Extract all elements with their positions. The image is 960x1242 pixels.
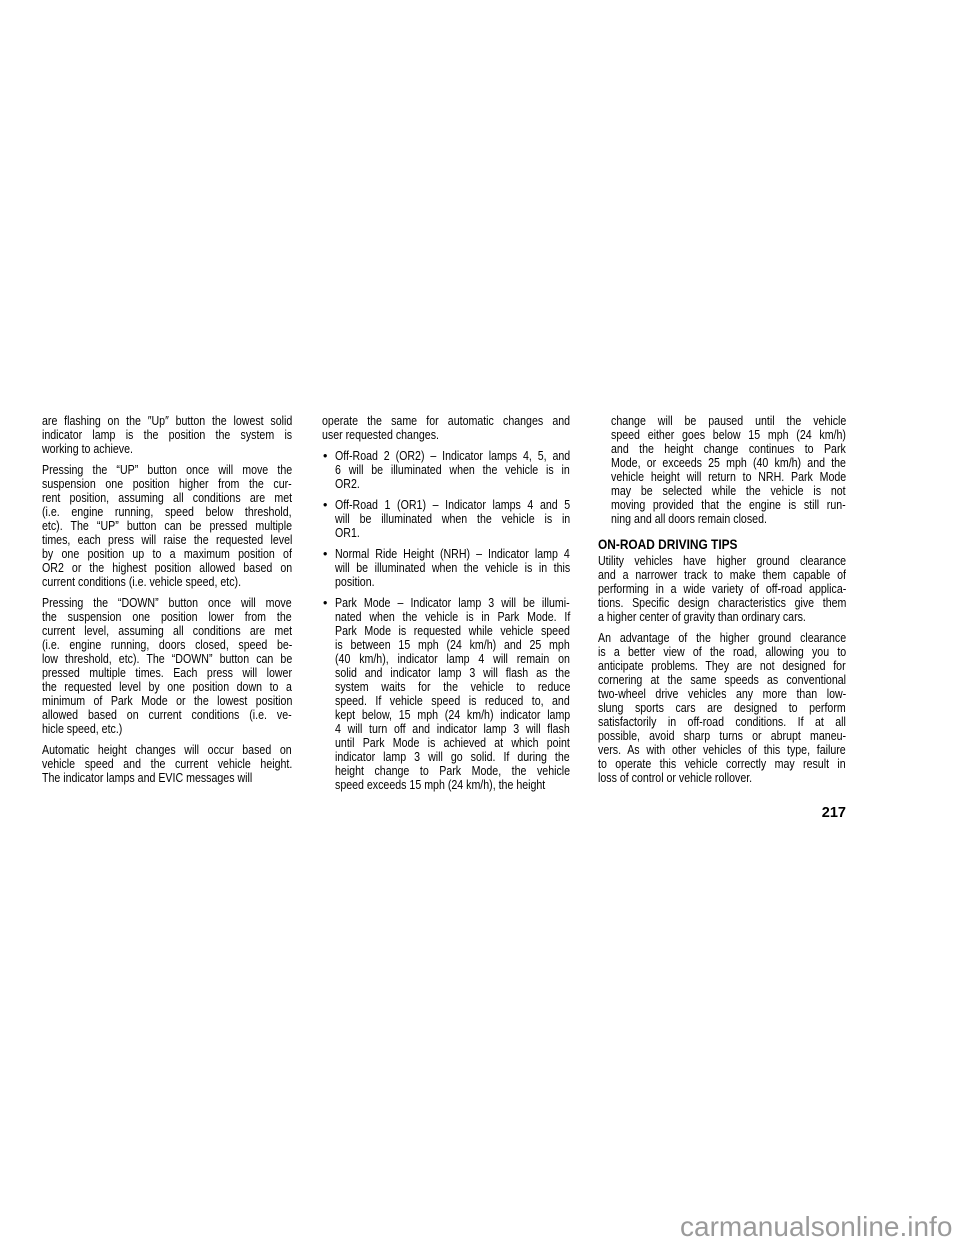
text-column-right: change will be paused until the vehicles… xyxy=(598,414,846,792)
text-line-content: minimum of Park Mode or the lowest posit… xyxy=(42,694,292,708)
text-line: will be illuminated when the vehicle is … xyxy=(335,512,570,526)
text-line: indicator lamp is the position the syste… xyxy=(42,428,292,442)
text-line: rent position, assuming all conditions a… xyxy=(42,491,292,505)
text-line-content: pressed multiple times. Each press will … xyxy=(42,666,292,680)
text-line-content: cornering at the same speeds as conventi… xyxy=(598,673,846,687)
text-line: speed. If vehicle speed is reduced to, a… xyxy=(335,694,570,708)
paragraph: Pressing the “UP” button once will move … xyxy=(42,463,292,589)
text-line: OR2 or the highest position allowed base… xyxy=(42,561,292,575)
text-line-content: Off-Road 2 (OR2) – Indicator lamps 4, 5,… xyxy=(335,449,570,463)
text-line-content: a higher center of gravity than ordinary… xyxy=(598,610,806,624)
section-heading-text: ON-ROAD DRIVING TIPS xyxy=(598,536,738,552)
text-line-content: the suspension one position lower from t… xyxy=(42,610,292,624)
text-line: working to achieve. xyxy=(42,442,292,456)
text-line-content: indicator lamp is the position the syste… xyxy=(42,428,292,442)
text-line-content: Off-Road 1 (OR1) – Indicator lamps 4 and… xyxy=(335,498,570,512)
text-line-content: hicle speed, etc.) xyxy=(42,722,122,736)
text-line-content: system waits for the vehicle to reduce xyxy=(335,680,570,694)
text-line: loss of control or vehicle rollover. xyxy=(598,771,846,785)
text-line: until Park Mode is achieved at which poi… xyxy=(335,736,570,750)
text-line-content: Park Mode is requested while vehicle spe… xyxy=(335,624,570,638)
text-line: operate the same for automatic changes a… xyxy=(322,414,570,428)
text-line-content: possible, avoid sharp turns or abrupt ma… xyxy=(598,729,846,743)
text-line: possible, avoid sharp turns or abrupt ma… xyxy=(598,729,846,743)
text-line-content: speed. If vehicle speed is reduced to, a… xyxy=(335,694,570,708)
text-line-content: solid and indicator lamp 3 will flash as… xyxy=(335,666,570,680)
text-line-content: working to achieve. xyxy=(42,442,133,456)
paragraph: Pressing the “DOWN” button once will mov… xyxy=(42,596,292,736)
text-line-content: OR2. xyxy=(335,477,360,491)
text-line-content: The indicator lamps and EVIC messages wi… xyxy=(42,771,252,785)
text-line: nated when the vehicle is in Park Mode. … xyxy=(335,610,570,624)
text-line-content: allowed based on current conditions (i.e… xyxy=(42,708,292,722)
text-line-content: speed either goes below 15 mph (24 km/h) xyxy=(611,428,846,442)
text-line: current conditions (i.e. vehicle speed, … xyxy=(42,575,292,589)
text-line: two-wheel drive vehicles any more than l… xyxy=(598,687,846,701)
watermark-text: carmanualsonline.info xyxy=(680,1213,952,1241)
text-line: OR2. xyxy=(335,477,570,491)
text-line-content: suspension one position higher from the … xyxy=(42,477,292,491)
text-line-content: 4 will turn off and indicator lamp 3 wil… xyxy=(335,722,570,736)
text-line-content: tions. Specific design characteristics g… xyxy=(598,596,846,610)
text-line-content: current conditions (i.e. vehicle speed, … xyxy=(42,575,241,589)
bullet-icon: • xyxy=(323,596,327,610)
paragraph: Automatic height changes will occur base… xyxy=(42,743,292,785)
text-line: solid and indicator lamp 3 will flash as… xyxy=(335,666,570,680)
text-line-content: will be illuminated when the vehicle is … xyxy=(335,561,570,575)
text-line-content: Park Mode – Indicator lamp 3 will be ill… xyxy=(335,596,570,610)
text-line: tions. Specific design characteristics g… xyxy=(598,596,846,610)
text-line: will be illuminated when the vehicle is … xyxy=(335,561,570,575)
text-line-content: OR1. xyxy=(335,526,360,540)
bullet-item: •Park Mode – Indicator lamp 3 will be il… xyxy=(322,596,570,792)
bullet-item: •Off-Road 2 (OR2) – Indicator lamps 4, 5… xyxy=(322,449,570,491)
text-line-content: user requested changes. xyxy=(322,428,439,442)
text-line-content: is a better view of the road, allowing y… xyxy=(598,645,846,659)
text-line-content: Pressing the “DOWN” button once will mov… xyxy=(42,596,292,610)
text-line: moving provided that the engine is still… xyxy=(611,498,846,512)
text-line-content: (i.e. engine running, doors closed, spee… xyxy=(42,638,292,652)
text-line: are flashing on the ″Up″ button the lowe… xyxy=(42,414,292,428)
bullet-item: •Normal Ride Height (NRH) – Indicator la… xyxy=(322,547,570,589)
text-line: to operate this vehicle correctly may re… xyxy=(598,757,846,771)
manual-page: { "page": { "number": "217", "watermark"… xyxy=(0,0,960,1242)
text-line-content: position. xyxy=(335,575,375,589)
text-line-content: and the height change continues to Park xyxy=(611,442,846,456)
text-line: Pressing the “DOWN” button once will mov… xyxy=(42,596,292,610)
text-line: Park Mode – Indicator lamp 3 will be ill… xyxy=(335,596,570,610)
paragraph: are flashing on the ″Up″ button the lowe… xyxy=(42,414,292,456)
text-line: and a narrower track to make them capabl… xyxy=(598,568,846,582)
text-line: cornering at the same speeds as conventi… xyxy=(598,673,846,687)
text-line: indicator lamp 3 will go solid. If durin… xyxy=(335,750,570,764)
text-line: Normal Ride Height (NRH) – Indicator lam… xyxy=(335,547,570,561)
text-line: change will be paused until the vehicle xyxy=(611,414,846,428)
text-line: the suspension one position lower from t… xyxy=(42,610,292,624)
text-line: vers. As with other vehicles of this typ… xyxy=(598,743,846,757)
text-line-content: change will be paused until the vehicle xyxy=(611,414,846,428)
text-line-content: etc). The “UP” button can be pressed mul… xyxy=(42,519,292,533)
text-line: height change to Park Mode, the vehicle xyxy=(335,764,570,778)
paragraph: Utility vehicles have higher ground clea… xyxy=(598,554,846,624)
text-line: by one position up to a maximum position… xyxy=(42,547,292,561)
text-line: ning and all doors remain closed. xyxy=(611,512,846,526)
paragraph: An advantage of the higher ground cleara… xyxy=(598,631,846,785)
text-line: Off-Road 2 (OR2) – Indicator lamps 4, 5,… xyxy=(335,449,570,463)
text-line: Automatic height changes will occur base… xyxy=(42,743,292,757)
text-line: kept below, 15 mph (24 km/h) indicator l… xyxy=(335,708,570,722)
text-line-content: vers. As with other vehicles of this typ… xyxy=(598,743,846,757)
text-column-left: are flashing on the ″Up″ button the lowe… xyxy=(42,414,292,792)
text-line: performing in a wide variety of off-road… xyxy=(598,582,846,596)
bullet-icon: • xyxy=(323,498,327,512)
text-line: speed either goes below 15 mph (24 km/h) xyxy=(611,428,846,442)
text-line-content: times, each press will raise the request… xyxy=(42,533,292,547)
text-line: An advantage of the higher ground cleara… xyxy=(598,631,846,645)
text-line: is a better view of the road, allowing y… xyxy=(598,645,846,659)
text-line: (40 km/h), indicator lamp 4 will remain … xyxy=(335,652,570,666)
text-line-content: speed exceeds 15 mph (24 km/h), the heig… xyxy=(335,778,545,792)
text-line: pressed multiple times. Each press will … xyxy=(42,666,292,680)
text-line: (i.e. engine running, speed below thresh… xyxy=(42,505,292,519)
text-line-content: operate the same for automatic changes a… xyxy=(322,414,570,428)
text-line: may be selected while the vehicle is not xyxy=(611,484,846,498)
text-line-content: satisfactorily in off-road conditions. I… xyxy=(598,715,846,729)
text-line: OR1. xyxy=(335,526,570,540)
text-line: 4 will turn off and indicator lamp 3 wil… xyxy=(335,722,570,736)
paragraph: change will be paused until the vehicles… xyxy=(598,414,846,526)
text-line: etc). The “UP” button can be pressed mul… xyxy=(42,519,292,533)
text-line-content: vehicle speed and the current vehicle he… xyxy=(42,757,292,771)
text-line-content: the requested level by one position down… xyxy=(42,680,292,694)
text-line: vehicle speed and the current vehicle he… xyxy=(42,757,292,771)
text-line: The indicator lamps and EVIC messages wi… xyxy=(42,771,292,785)
text-line-content: ning and all doors remain closed. xyxy=(611,512,767,526)
text-line-content: Normal Ride Height (NRH) – Indicator lam… xyxy=(335,547,570,561)
text-line-content: (i.e. engine running, speed below thresh… xyxy=(42,505,292,519)
text-line-content: performing in a wide variety of off-road… xyxy=(598,582,846,596)
text-line: Utility vehicles have higher ground clea… xyxy=(598,554,846,568)
text-line-content: Pressing the “UP” button once will move … xyxy=(42,463,292,477)
text-line: slung sports cars are designed to perfor… xyxy=(598,701,846,715)
text-line: allowed based on current conditions (i.e… xyxy=(42,708,292,722)
text-line-content: low threshold, etc). The “DOWN” button c… xyxy=(42,652,292,666)
text-line-content: 6 will be illuminated when the vehicle i… xyxy=(335,463,570,477)
text-line-content: An advantage of the higher ground cleara… xyxy=(598,631,846,645)
text-line: (i.e. engine running, doors closed, spee… xyxy=(42,638,292,652)
text-line-content: current level, assuming all conditions a… xyxy=(42,624,292,638)
text-line: user requested changes. xyxy=(322,428,570,442)
text-line: a higher center of gravity than ordinary… xyxy=(598,610,846,624)
text-line-content: Utility vehicles have higher ground clea… xyxy=(598,554,846,568)
text-line-content: indicator lamp 3 will go solid. If durin… xyxy=(335,750,570,764)
text-line: satisfactorily in off-road conditions. I… xyxy=(598,715,846,729)
text-line-content: moving provided that the engine is still… xyxy=(611,498,846,512)
bullet-icon: • xyxy=(323,547,327,561)
text-line-content: OR2 or the highest position allowed base… xyxy=(42,561,292,575)
text-line: minimum of Park Mode or the lowest posit… xyxy=(42,694,292,708)
text-line-content: height change to Park Mode, the vehicle xyxy=(335,764,570,778)
bullet-icon: • xyxy=(323,449,327,463)
text-line-content: loss of control or vehicle rollover. xyxy=(598,771,752,785)
text-line-content: kept below, 15 mph (24 km/h) indicator l… xyxy=(335,708,570,722)
page-number: 217 xyxy=(598,806,846,820)
text-line-content: nated when the vehicle is in Park Mode. … xyxy=(335,610,570,624)
bullet-item: •Off-Road 1 (OR1) – Indicator lamps 4 an… xyxy=(322,498,570,540)
text-line: vehicle height will return to NRH. Park … xyxy=(611,470,846,484)
text-line: and the height change continues to Park xyxy=(611,442,846,456)
text-line-content: and a narrower track to make them capabl… xyxy=(598,568,846,582)
text-line-content: to operate this vehicle correctly may re… xyxy=(598,757,846,771)
text-line-content: by one position up to a maximum position… xyxy=(42,547,292,561)
text-line: hicle speed, etc.) xyxy=(42,722,292,736)
text-line-content: may be selected while the vehicle is not xyxy=(611,484,846,498)
text-column-middle: operate the same for automatic changes a… xyxy=(322,414,570,799)
text-line-content: vehicle height will return to NRH. Park … xyxy=(611,470,846,484)
text-line: suspension one position higher from the … xyxy=(42,477,292,491)
text-line: Off-Road 1 (OR1) – Indicator lamps 4 and… xyxy=(335,498,570,512)
text-line-content: anticipate problems. They are not design… xyxy=(598,659,846,673)
text-line: current level, assuming all conditions a… xyxy=(42,624,292,638)
text-line: low threshold, etc). The “DOWN” button c… xyxy=(42,652,292,666)
text-line-content: (40 km/h), indicator lamp 4 will remain … xyxy=(335,652,570,666)
text-line: Pressing the “UP” button once will move … xyxy=(42,463,292,477)
text-line-content: Automatic height changes will occur base… xyxy=(42,743,292,757)
text-line: Park Mode is requested while vehicle spe… xyxy=(335,624,570,638)
text-line: the requested level by one position down… xyxy=(42,680,292,694)
text-line: speed exceeds 15 mph (24 km/h), the heig… xyxy=(335,778,570,792)
text-line: times, each press will raise the request… xyxy=(42,533,292,547)
text-line: anticipate problems. They are not design… xyxy=(598,659,846,673)
text-line-content: rent position, assuming all conditions a… xyxy=(42,491,292,505)
text-line: is between 15 mph (24 km/h) and 25 mph xyxy=(335,638,570,652)
text-line: position. xyxy=(335,575,570,589)
text-line: 6 will be illuminated when the vehicle i… xyxy=(335,463,570,477)
paragraph: operate the same for automatic changes a… xyxy=(322,414,570,442)
text-line-content: slung sports cars are designed to perfor… xyxy=(598,701,846,715)
text-line-content: until Park Mode is achieved at which poi… xyxy=(335,736,570,750)
text-line-content: two-wheel drive vehicles any more than l… xyxy=(598,687,846,701)
text-line-content: Mode, or exceeds 25 mph (40 km/h) and th… xyxy=(611,456,846,470)
section-heading: ON-ROAD DRIVING TIPS xyxy=(598,536,846,552)
text-line: Mode, or exceeds 25 mph (40 km/h) and th… xyxy=(611,456,846,470)
text-line-content: will be illuminated when the vehicle is … xyxy=(335,512,570,526)
text-line-content: is between 15 mph (24 km/h) and 25 mph xyxy=(335,638,570,652)
text-line-content: are flashing on the ″Up″ button the lowe… xyxy=(42,414,292,428)
text-line: system waits for the vehicle to reduce xyxy=(335,680,570,694)
